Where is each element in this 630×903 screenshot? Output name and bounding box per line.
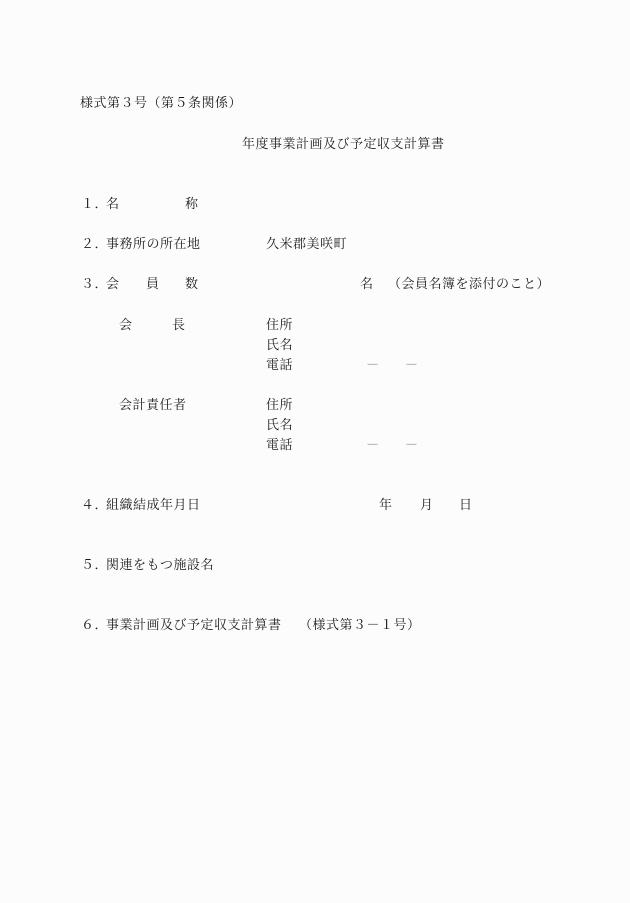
treasurer-phone-label: 電話 xyxy=(266,439,293,452)
item4-label: 組織結成年月日 xyxy=(106,499,201,512)
chairman-role-b: 長 xyxy=(172,319,186,332)
treasurer-role: 会計責任者 xyxy=(119,399,187,412)
chairman-name-label: 氏名 xyxy=(266,339,293,352)
item6-note: （様式第３－１号） xyxy=(299,619,421,632)
item6-number: ６． xyxy=(81,619,108,632)
item3-label-a: 会 xyxy=(106,278,120,291)
treasurer-phone-dash1: － xyxy=(366,439,380,452)
chairman-role-a: 会 xyxy=(119,319,133,332)
treasurer-address-label: 住所 xyxy=(266,399,293,412)
chairman-phone-label: 電話 xyxy=(266,359,293,372)
item1-number: １． xyxy=(81,198,108,211)
item4-number: ４． xyxy=(81,499,108,512)
form-number: 様式第３号（第５条関係） xyxy=(80,97,242,110)
item3-note: （会員名簿を添付のこと） xyxy=(388,278,550,291)
chairman-phone-dash2: － xyxy=(405,359,419,372)
item3-label-c: 数 xyxy=(185,278,199,291)
item1-label-a: 名 xyxy=(106,198,120,211)
chairman-address-label: 住所 xyxy=(266,319,293,332)
item2-number: ２． xyxy=(81,238,108,251)
item3-unit: 名 xyxy=(360,278,374,291)
item3-label-b: 員 xyxy=(146,278,160,291)
item5-number: ５． xyxy=(81,559,108,572)
item3-number: ３． xyxy=(81,278,108,291)
item2-value: 久米郡美咲町 xyxy=(266,238,347,251)
treasurer-phone-dash2: － xyxy=(405,439,419,452)
document-page: 様式第３号（第５条関係） 年度事業計画及び予定収支計算書 １． 名 称 ２． 事… xyxy=(0,0,630,903)
item5-label: 関連をもつ施設名 xyxy=(106,559,214,572)
treasurer-name-label: 氏名 xyxy=(266,419,293,432)
item6-label: 事業計画及び予定収支計算書 xyxy=(106,619,282,632)
item4-day: 日 xyxy=(459,499,473,512)
item4-year: 年 xyxy=(379,499,393,512)
item4-month: 月 xyxy=(420,499,434,512)
item1-label-b: 称 xyxy=(185,198,199,211)
item2-label: 事務所の所在地 xyxy=(106,238,201,251)
chairman-phone-dash1: － xyxy=(366,359,380,372)
document-title: 年度事業計画及び予定収支計算書 xyxy=(242,138,445,151)
